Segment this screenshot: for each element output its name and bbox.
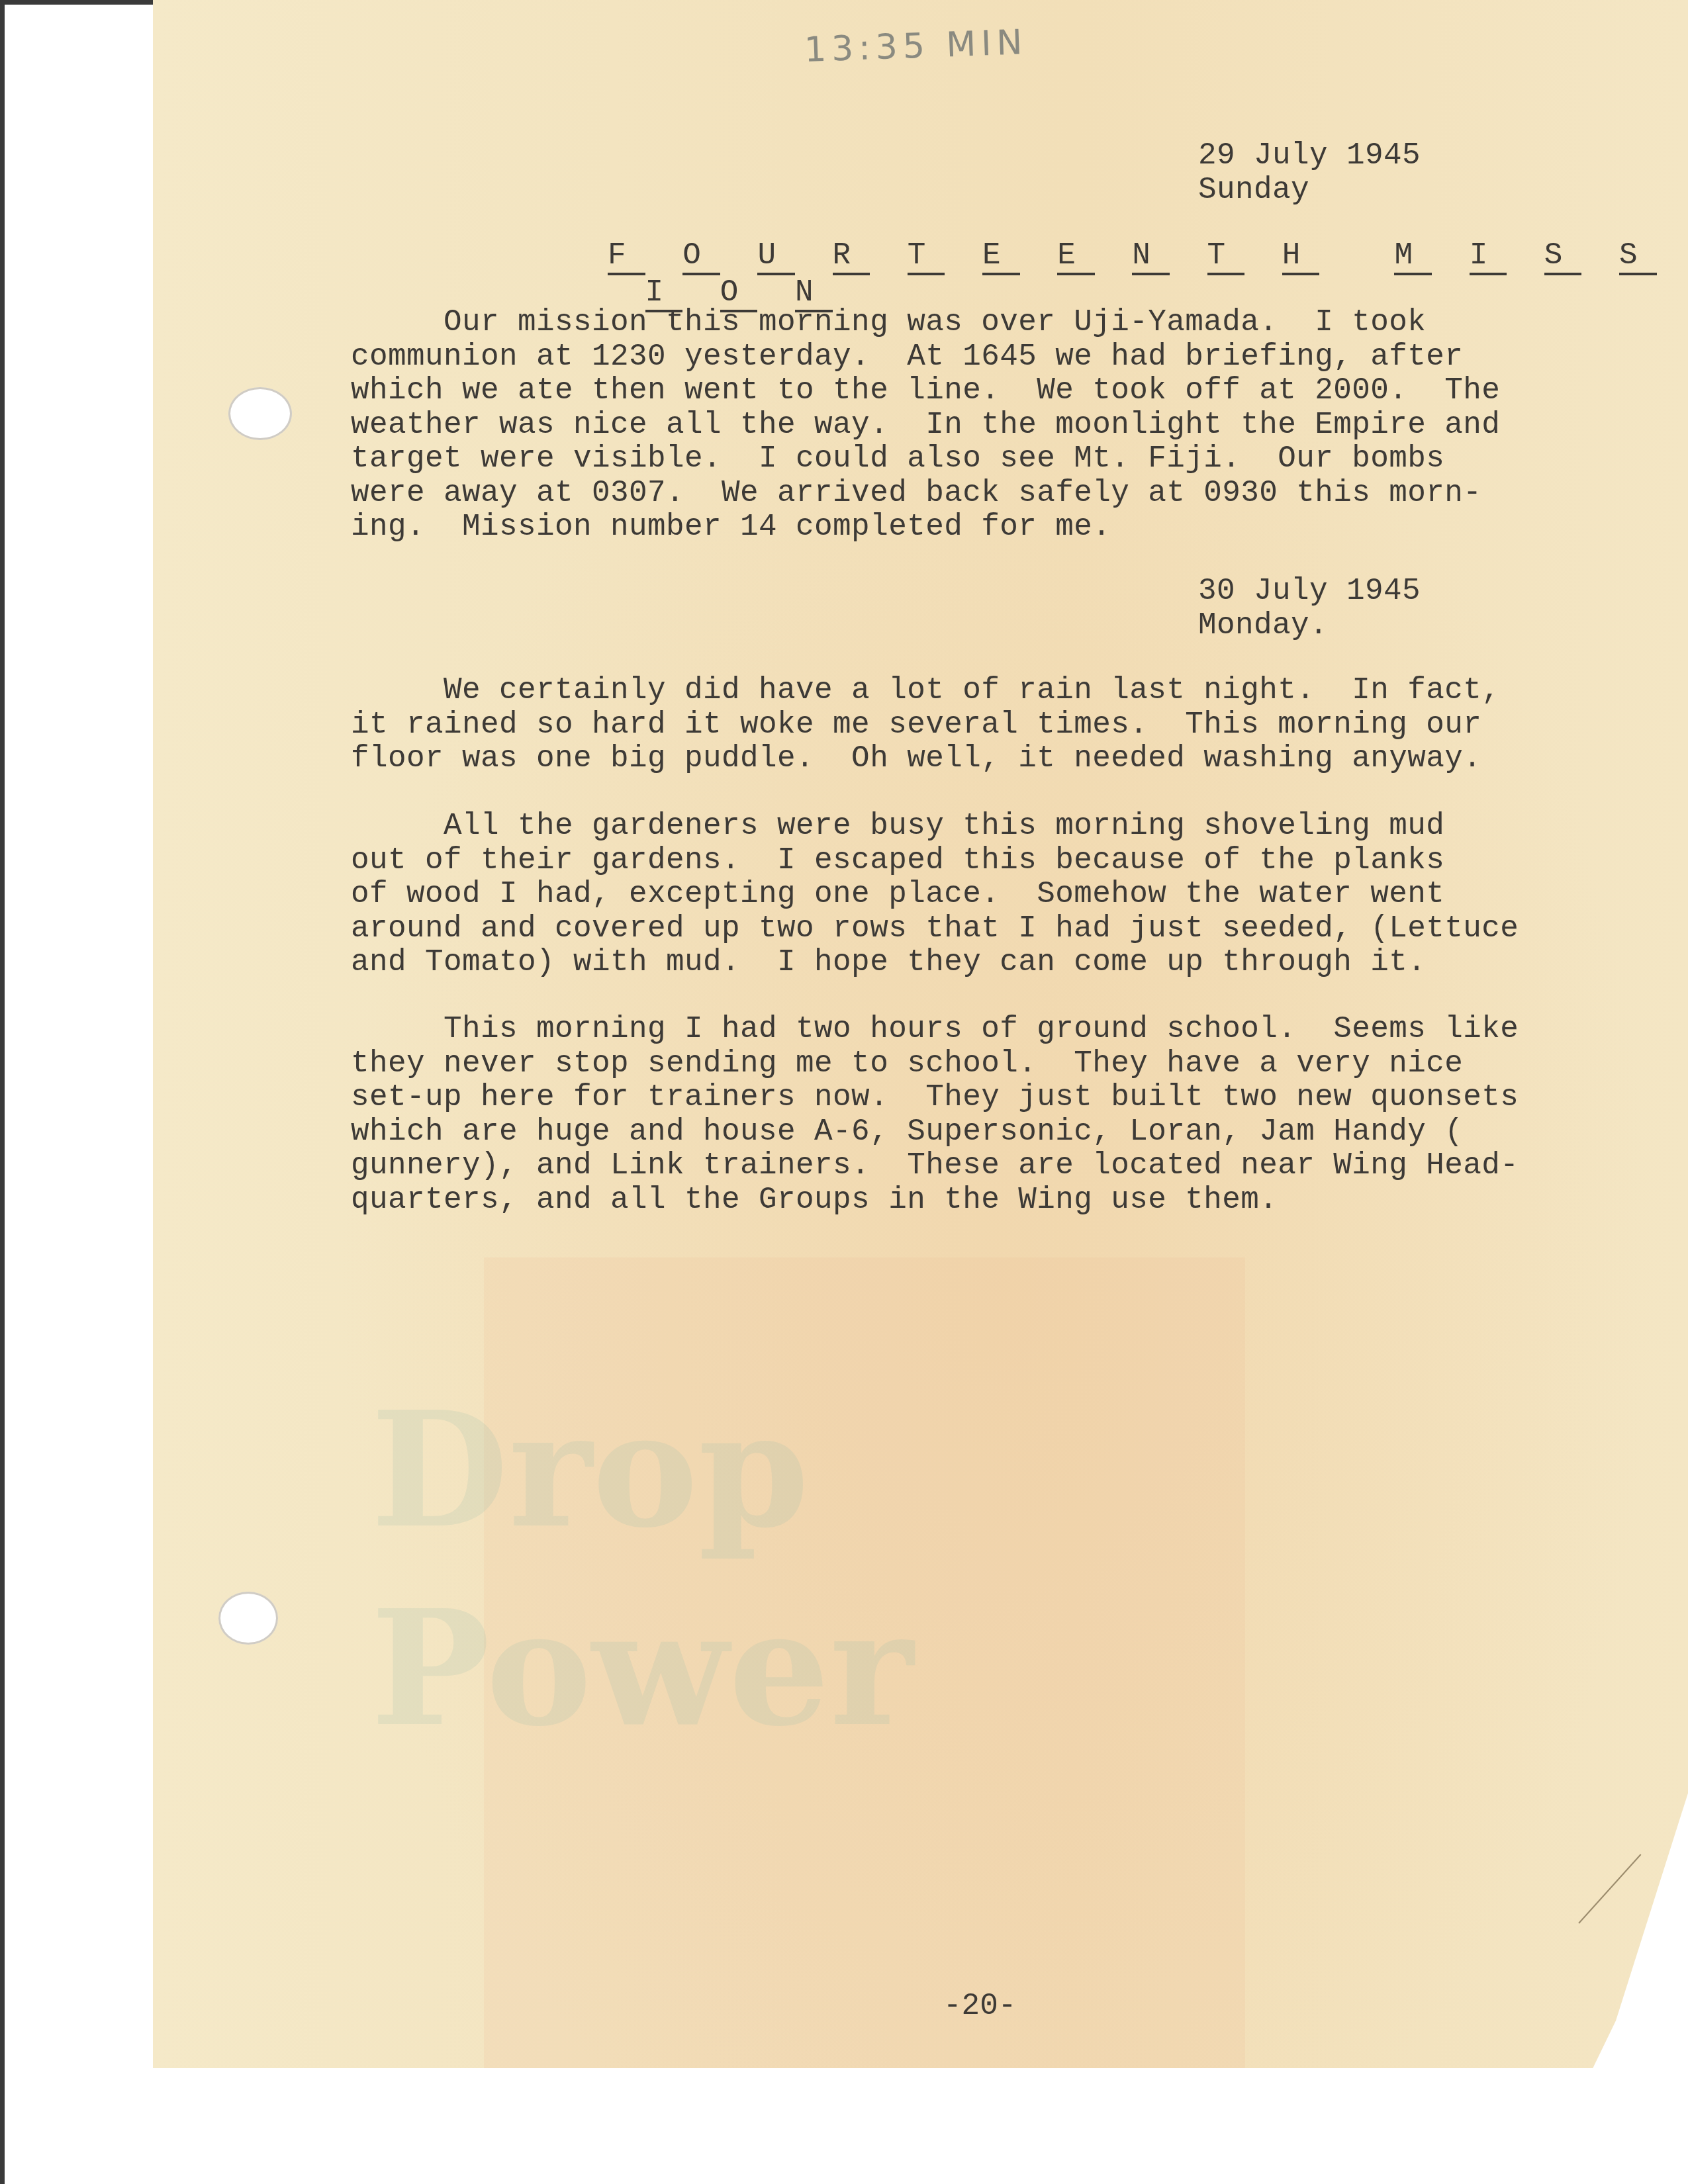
page-number: -20- xyxy=(943,1989,1016,2023)
scan-border xyxy=(0,0,5,2184)
entry-date: 29 July 1945 xyxy=(1198,139,1421,173)
paragraph: All the gardeners were busy this morning… xyxy=(351,809,1519,980)
handwritten-note: 13:35 MIN xyxy=(804,23,1028,70)
entry-date: 30 July 1945 xyxy=(1198,574,1421,609)
scan-border xyxy=(0,0,154,5)
punch-hole xyxy=(228,387,292,440)
paragraph: This morning I had two hours of ground s… xyxy=(351,1013,1519,1217)
entry-weekday: Sunday xyxy=(1198,173,1309,208)
paragraph: We certainly did have a lot of rain last… xyxy=(351,674,1500,776)
punch-hole xyxy=(218,1592,278,1645)
mission-title: F O U R T E E N T H M I S S I O N xyxy=(608,238,1688,312)
bleed-through-text: Drop xyxy=(371,1377,809,1563)
paragraph: Our mission this morning was over Uji-Ya… xyxy=(351,306,1500,545)
bleed-through-text: Power xyxy=(371,1575,914,1762)
entry-weekday: Monday. xyxy=(1198,609,1328,643)
